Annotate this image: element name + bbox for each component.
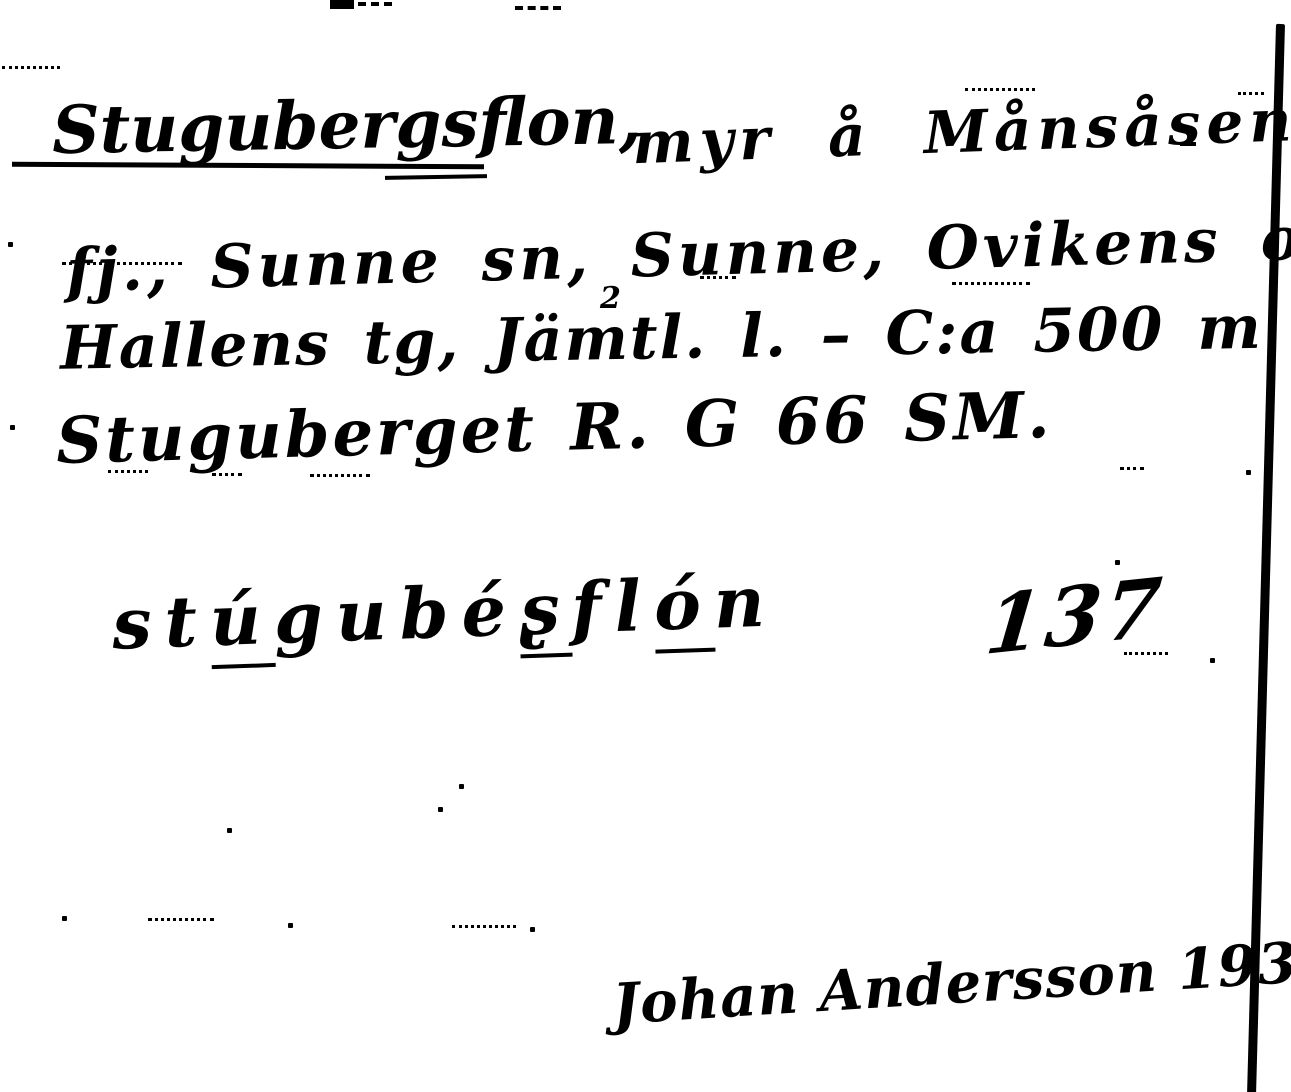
- scan-speck: [62, 916, 67, 921]
- scan-speck: [700, 276, 736, 279]
- archive-card-scan: Stugubergsflon, myr å Månsåsens fj., Sun…: [0, 0, 1291, 1092]
- scan-speck: [965, 88, 1035, 91]
- scan-speck: [515, 6, 561, 10]
- scan-speck: [330, 0, 354, 9]
- scan-speck: [108, 470, 148, 473]
- scan-speck: [358, 2, 392, 6]
- scan-speck: [62, 262, 182, 265]
- phonetic-segment-underlined: ó: [653, 562, 716, 654]
- collector-signature: Johan Andersson 1931.: [611, 931, 1291, 1032]
- scan-speck: [1246, 470, 1251, 475]
- scan-speck: [8, 242, 13, 247]
- scan-speck: [952, 282, 1030, 285]
- place-name: Stugubergsflon,: [51, 87, 642, 163]
- scan-speck: [1120, 467, 1144, 470]
- scan-speck: [1210, 658, 1215, 663]
- body-line-2: Hallens tg, Jämtl. l. – C:a 500 m NV: [60, 295, 1291, 378]
- scan-speck: [227, 828, 232, 833]
- phonetic-segment-underlined: ú: [208, 577, 275, 669]
- phonetic-segment: fl: [570, 564, 656, 650]
- phonetic-segment: gubé: [272, 568, 520, 660]
- scan-speck: [1238, 92, 1264, 95]
- title-underline-2: [385, 174, 487, 180]
- body-line-1: fj., Sunne sn, Sunne, Ovikens och: [65, 207, 1291, 302]
- scan-speck: [459, 784, 464, 789]
- phonetic-transcription: stúgubéʂflón: [111, 566, 779, 659]
- scan-speck: [1124, 652, 1168, 655]
- scan-speck: [452, 925, 516, 928]
- scan-speck: [1180, 142, 1196, 146]
- phonetic-segment: n: [712, 559, 779, 644]
- footnote-number: 2: [600, 284, 621, 314]
- scan-speck: [212, 473, 242, 476]
- map-reference-line: Stuguberget R. G 66 SM.: [55, 384, 1053, 474]
- heading-locative: myr å Månsåsens: [631, 90, 1291, 173]
- phonetic-segment-underlined: ʂ: [517, 567, 573, 659]
- scan-speck: [438, 807, 443, 812]
- scan-speck: [310, 474, 370, 477]
- scan-speck: [530, 927, 535, 932]
- scan-speck: [10, 425, 15, 430]
- phonetic-segment: st: [111, 579, 212, 665]
- scan-speck: [288, 923, 293, 928]
- scan-speck: [148, 918, 214, 921]
- scan-speck: [2, 66, 60, 69]
- scan-speck: [1115, 560, 1120, 565]
